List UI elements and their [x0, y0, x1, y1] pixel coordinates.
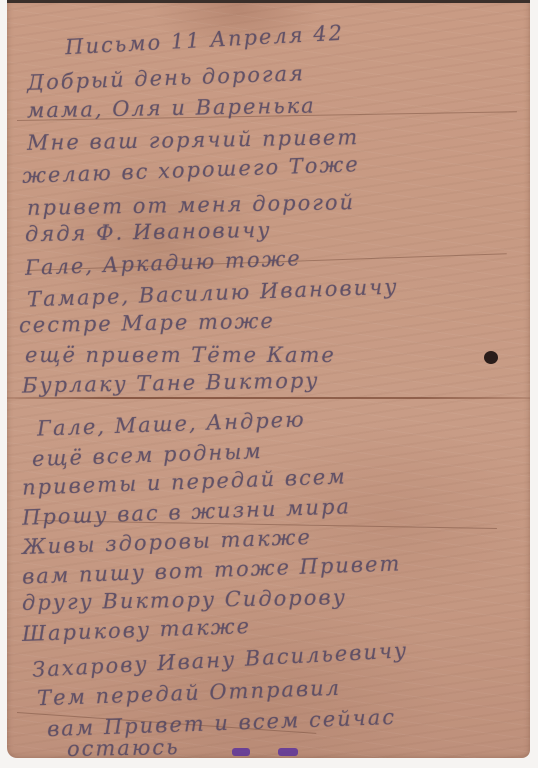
- handwritten-line: ещё привет Тёте Кате: [25, 345, 336, 366]
- handwritten-line: сестре Маре тоже: [19, 311, 275, 336]
- handwritten-line: Шарикову также: [22, 616, 252, 645]
- handwritten-line: Живы здоровы также: [22, 527, 312, 558]
- letter-paper: Письмо 11 Апреля 42Добрый день дорогаяма…: [7, 0, 530, 758]
- handwritten-line: вам пишу вот тоже Привет: [22, 553, 402, 587]
- handwritten-line: Мне ваш горячий привет: [27, 127, 360, 154]
- handwritten-line: приветы и передай всем: [22, 466, 347, 498]
- handwritten-line: Захарову Ивану Васильевичу: [32, 640, 409, 681]
- handwritten-line: Тамаре, Василию Ивановичу: [27, 277, 399, 311]
- handwritten-line: Прошу вас в жизни мира: [22, 496, 352, 528]
- handwritten-text: Письмо 11 Апреля 42Добрый день дорогаяма…: [7, 0, 530, 758]
- handwritten-line: мама, Оля и Варенька: [27, 95, 316, 121]
- handwritten-line: Гале, Маше, Андрею: [37, 409, 306, 439]
- handwritten-line: желаю вс хорошего Тоже: [22, 154, 360, 187]
- handwritten-line: вам Привет и всем сейчас: [47, 707, 397, 740]
- handwritten-line: Бурлаку Тане Виктору: [22, 370, 320, 396]
- handwritten-line: Тем передай Отправил: [37, 678, 342, 710]
- handwritten-line: ещё всем родным: [32, 441, 263, 470]
- stamp-trace: [232, 748, 250, 756]
- handwritten-line: Гале, Аркадию тоже: [25, 248, 302, 279]
- handwritten-line: Письмо 11 Апреля 42: [65, 23, 345, 59]
- handwritten-line: привет от меня дорогой: [27, 192, 355, 219]
- handwritten-line: Добрый день дорогая: [27, 63, 306, 94]
- stamp-trace: [278, 748, 298, 756]
- handwritten-line: другу Виктору Сидорову: [22, 587, 347, 614]
- handwritten-line: остаюсь: [67, 737, 180, 758]
- handwritten-line: дядя Ф. Ивановичу: [25, 220, 272, 245]
- scanned-letter: Письмо 11 Апреля 42Добрый день дорогаяма…: [0, 0, 538, 768]
